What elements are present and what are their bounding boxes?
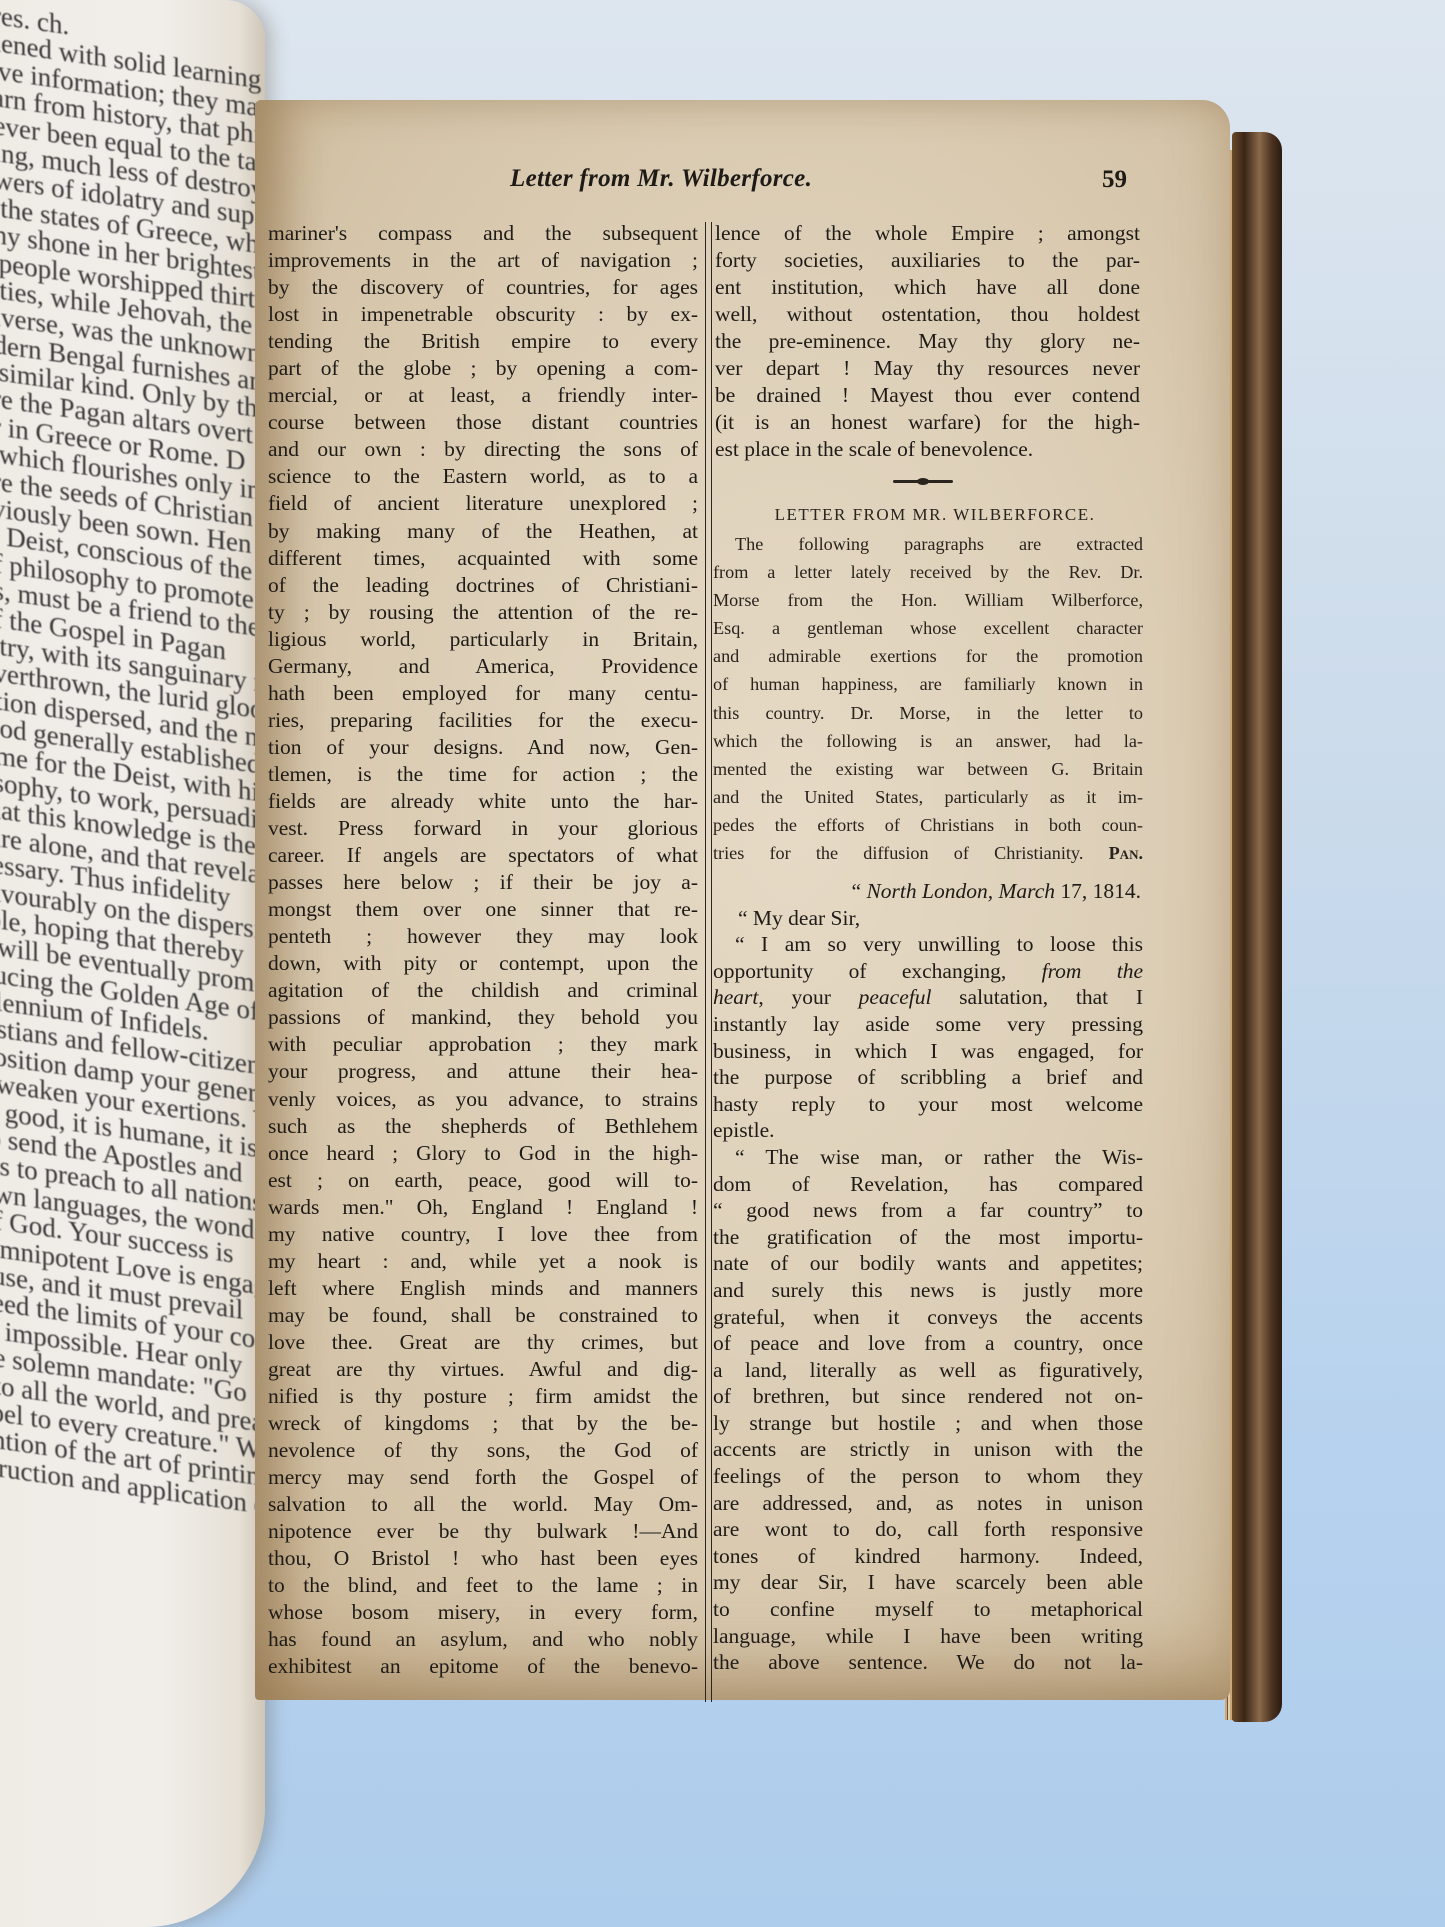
dateline-place: North London, March bbox=[866, 879, 1055, 903]
text-line: instantly lay aside some very pressing bbox=[713, 1011, 1143, 1038]
text-line: ly strange but hostile ; and when those bbox=[713, 1410, 1143, 1437]
text-line: from a letter lately received by the Rev… bbox=[713, 558, 1143, 586]
text-line: the above sentence. We do not la- bbox=[713, 1649, 1143, 1676]
text-line: my heart : and, while yet a nook is bbox=[268, 1248, 698, 1275]
left-page-text: ares. ch.thened with solid learningsive … bbox=[0, 0, 265, 1521]
text-line: of peace and love from a country, once bbox=[713, 1330, 1143, 1357]
intro-paragraph: The following paragraphs are extractedfr… bbox=[713, 530, 1143, 867]
text-line: penteth ; however they may look bbox=[268, 923, 698, 950]
text-line: with peculiar approbation ; they mark bbox=[268, 1031, 698, 1058]
text-line: fields are already white unto the har- bbox=[268, 788, 698, 815]
text-line: and our own : by directing the sons of bbox=[268, 436, 698, 463]
left-facing-page: ares. ch.thened with solid learningsive … bbox=[0, 0, 265, 1927]
text-line: science to the Eastern world, as to a bbox=[268, 463, 698, 490]
dateline-date: 17, 1814. bbox=[1055, 879, 1141, 903]
text-line: mercial, or at least, a friendly inter- bbox=[268, 382, 698, 409]
text-line: of human happiness, are familiarly known… bbox=[713, 670, 1143, 698]
text-line: epistle. bbox=[713, 1117, 1143, 1144]
text-line: by the discovery of countries, for ages bbox=[268, 274, 698, 301]
text-line: are wont to do, call forth responsive bbox=[713, 1516, 1143, 1543]
text-line: mented the existing war between G. Brita… bbox=[713, 755, 1143, 783]
text-line: accents are strictly in unison with the bbox=[713, 1436, 1143, 1463]
text-line: heart, your peaceful salutation, that I bbox=[713, 984, 1143, 1011]
text-line: field of ancient literature unexplored ; bbox=[268, 490, 698, 517]
text-line: this country. Dr. Morse, in the letter t… bbox=[713, 699, 1143, 727]
section-divider-ornament bbox=[893, 480, 953, 483]
book-cover-edge bbox=[1232, 132, 1282, 1722]
text-line: ligious world, particularly in Britain, bbox=[268, 626, 698, 653]
text-line: career. If angels are spectators of what bbox=[268, 842, 698, 869]
text-line: lost in impenetrable obscurity : by ex- bbox=[268, 301, 698, 328]
text-line: pedes the efforts of Christians in both … bbox=[713, 811, 1143, 839]
text-line: ver depart ! May thy resources never bbox=[715, 355, 1140, 382]
text-line: has found an asylum, and who nobly bbox=[268, 1626, 698, 1653]
page-number: 59 bbox=[1102, 166, 1127, 194]
text-line: wards men." Oh, England ! England ! bbox=[268, 1194, 698, 1221]
text-line: passes here below ; if their be joy a- bbox=[268, 869, 698, 896]
text-line: “ I am so very unwilling to loose this bbox=[713, 931, 1143, 958]
text-line: down, with pity or contempt, upon the bbox=[268, 950, 698, 977]
text-line: and admirable exertions for the promotio… bbox=[713, 642, 1143, 670]
text-line: which the following is an answer, had la… bbox=[713, 727, 1143, 755]
text-line: (it is an honest warfare) for the high- bbox=[715, 409, 1140, 436]
text-line: language, while I have been writing bbox=[713, 1623, 1143, 1650]
text-line: course between those distant countries bbox=[268, 409, 698, 436]
text-line: great are thy virtues. Awful and dig- bbox=[268, 1356, 698, 1383]
text-line: the pre-eminence. May thy glory ne- bbox=[715, 328, 1140, 355]
text-line: my native country, I love thee from bbox=[268, 1221, 698, 1248]
text-line: vest. Press forward in your glorious bbox=[268, 815, 698, 842]
column-rule bbox=[705, 222, 712, 1702]
text-line: may be found, shall be constrained to bbox=[268, 1302, 698, 1329]
letter-dateline: “ North London, March 17, 1814. bbox=[713, 878, 1143, 905]
text-line: mercy may send forth the Gospel of bbox=[268, 1464, 698, 1491]
text-line: Esq. a gentleman whose excellent charact… bbox=[713, 614, 1143, 642]
text-line: the gratification of the most importu- bbox=[713, 1224, 1143, 1251]
text-line: the purpose of scribbling a brief and bbox=[713, 1064, 1143, 1091]
text-line: improvements in the art of navigation ; bbox=[268, 247, 698, 274]
text-line: mariner's compass and the subsequent bbox=[268, 220, 698, 247]
text-line: and the United States, particularly as i… bbox=[713, 783, 1143, 811]
text-line: est ; on earth, peace, good will to- bbox=[268, 1167, 698, 1194]
text-line: agitation of the childish and criminal bbox=[268, 977, 698, 1004]
text-line: dom of Revelation, has compared bbox=[713, 1171, 1143, 1198]
text-line: well, without ostentation, thou holdest bbox=[715, 301, 1140, 328]
text-line: tlemen, is the time for action ; the bbox=[268, 761, 698, 788]
text-line: your progress, and attune their hea- bbox=[268, 1058, 698, 1085]
text-line: The following paragraphs are extracted bbox=[713, 530, 1143, 558]
text-line: tones of kindred harmony. Indeed, bbox=[713, 1543, 1143, 1570]
text-line: part of the globe ; by opening a com- bbox=[268, 355, 698, 382]
text-line: to confine myself to metaphorical bbox=[713, 1596, 1143, 1623]
text-line: thou, O Bristol ! who hast been eyes bbox=[268, 1545, 698, 1572]
text-line: nified is thy posture ; firm amidst the bbox=[268, 1383, 698, 1410]
text-column-left: mariner's compass and the subsequentimpr… bbox=[268, 220, 698, 1681]
text-line: my dear Sir, I have scarcely been able bbox=[713, 1569, 1143, 1596]
text-line: such as the shepherds of Bethlehem bbox=[268, 1113, 698, 1140]
text-line: tries for the diffusion of Christianity.… bbox=[713, 839, 1143, 867]
text-line: left where English minds and manners bbox=[268, 1275, 698, 1302]
text-line: hasty reply to your most welcome bbox=[713, 1091, 1143, 1118]
text-line: tending the British empire to every bbox=[268, 328, 698, 355]
text-line: different times, acquainted with some bbox=[268, 545, 698, 572]
text-line: mongst them over one sinner that re- bbox=[268, 896, 698, 923]
text-line: Germany, and America, Providence bbox=[268, 653, 698, 680]
text-line: salvation to all the world. May Om- bbox=[268, 1491, 698, 1518]
text-line: grateful, when it conveys the accents bbox=[713, 1304, 1143, 1331]
text-line: by making many of the Heathen, at bbox=[268, 518, 698, 545]
text-line: whose bosom misery, in every form, bbox=[268, 1599, 698, 1626]
text-line: ty ; by rousing the attention of the re- bbox=[268, 599, 698, 626]
letter-salutation: “ My dear Sir, bbox=[713, 905, 1143, 932]
text-column-right-top: lence of the whole Empire ; amongstforty… bbox=[715, 220, 1140, 463]
text-line: forty societies, auxiliaries to the par- bbox=[715, 247, 1140, 274]
text-line: and surely this news is justly more bbox=[713, 1277, 1143, 1304]
text-line: ent institution, which have all done bbox=[715, 274, 1140, 301]
text-line: feelings of the person to whom they bbox=[713, 1463, 1143, 1490]
text-line: of the leading doctrines of Christiani- bbox=[268, 572, 698, 599]
letter-body: “ North London, March 17, 1814. “ My dea… bbox=[713, 878, 1143, 1676]
section-title: LETTER FROM MR. WILBERFORCE. bbox=[745, 505, 1125, 525]
text-line: nipotence ever be thy bulwark !—And bbox=[268, 1518, 698, 1545]
text-line: love thee. Great are thy crimes, but bbox=[268, 1329, 698, 1356]
text-line: wreck of kingdoms ; that by the be- bbox=[268, 1410, 698, 1437]
text-line: ries, preparing facilities for the execu… bbox=[268, 707, 698, 734]
text-line: venly voices, as you advance, to strains bbox=[268, 1086, 698, 1113]
text-line: est place in the scale of benevolence. bbox=[715, 436, 1140, 463]
text-line: a land, literally as well as figurativel… bbox=[713, 1357, 1143, 1384]
text-line: hath been employed for many centu- bbox=[268, 680, 698, 707]
text-line: be drained ! Mayest thou ever contend bbox=[715, 382, 1140, 409]
text-line: to the blind, and feet to the lame ; in bbox=[268, 1572, 698, 1599]
text-line: are addressed, and, as notes in unison bbox=[713, 1490, 1143, 1517]
text-line: passions of mankind, they behold you bbox=[268, 1004, 698, 1031]
text-line: tion of your designs. And now, Gen- bbox=[268, 734, 698, 761]
text-line: nate of our bodily wants and appetites; bbox=[713, 1250, 1143, 1277]
running-head: Letter from Mr. Wilberforce. bbox=[510, 165, 812, 193]
text-line: “ good news from a far country” to bbox=[713, 1197, 1143, 1224]
intro-source: Pan. bbox=[1083, 843, 1143, 863]
text-line: nevolence of thy sons, the God of bbox=[268, 1437, 698, 1464]
text-line: exhibitest an epitome of the benevo- bbox=[268, 1653, 698, 1680]
text-line: opportunity of exchanging, from the bbox=[713, 958, 1143, 985]
text-line: once heard ; Glory to God in the high- bbox=[268, 1140, 698, 1167]
text-line: of brethren, but since rendered not on- bbox=[713, 1383, 1143, 1410]
text-line: “ The wise man, or rather the Wis- bbox=[713, 1144, 1143, 1171]
text-line: lence of the whole Empire ; amongst bbox=[715, 220, 1140, 247]
text-line: Morse from the Hon. William Wilberforce, bbox=[713, 586, 1143, 614]
text-line: business, in which I was engaged, for bbox=[713, 1038, 1143, 1065]
